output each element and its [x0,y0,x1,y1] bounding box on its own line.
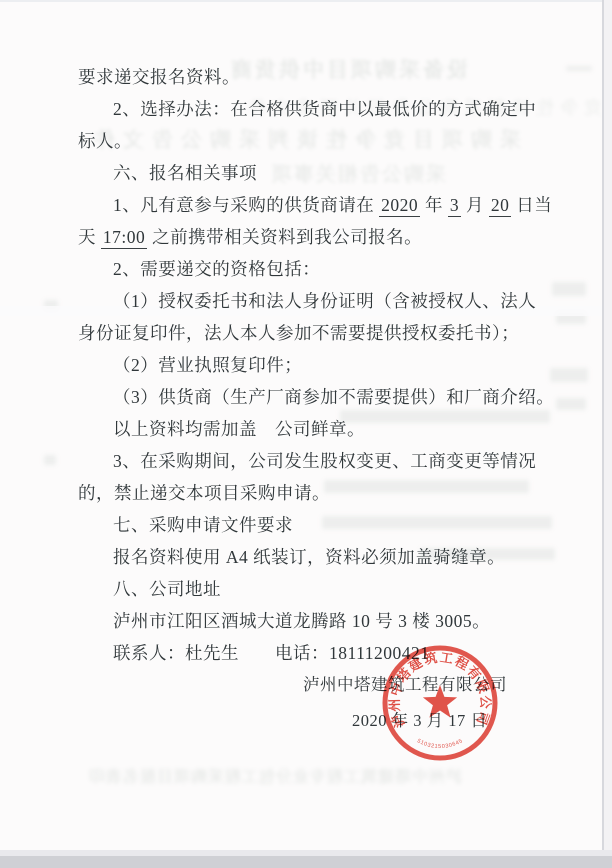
deadline-time: 17:00 [101,227,147,249]
doc-text: 要求递交报名资料。 [78,67,240,87]
bleedthrough-smudge [324,480,529,493]
doc-line: （3）供货商（生产厂商参加不需要提供）和厂商介绍。 [78,386,554,408]
bleedthrough-row: 采购项目竞争性谈判采购公告文件 [86,124,521,154]
doc-text: 天 [78,227,101,247]
doc-text: 3、在采购期间，公司发生股权变更、工商变更等情况 [113,451,536,471]
doc-line: 的，禁止递交本项目采购申请。 [78,482,330,504]
doc-text: （3）供货商（生产厂商参加不需要提供）和厂商介绍。 [113,387,554,407]
seal-serial-number: 5103215030645 [416,738,464,750]
doc-section-heading: 六、报名相关事项 [78,162,257,184]
doc-line-deadline: 1、凡有意参与采购的供货商请在 2020 年 3 月 20 日当 [78,194,552,216]
doc-text: 月 [461,195,489,215]
doc-line: 以上资料均需加盖 公司鲜章。 [78,418,365,440]
bleedthrough-text: 泸州中塔建筑工程专业分包工程采购项目报名表印 [88,769,462,786]
doc-line-address: 泸州市江阳区酒城大道龙腾路 10 号 3 楼 3005。 [78,610,490,632]
bleedthrough-smudge [556,398,586,410]
doc-line: 标人。 [78,130,132,152]
doc-text: 八、公司地址 [113,579,221,599]
doc-line: 报名资料使用 A4 纸装订，资料必须加盖骑缝章。 [78,546,505,568]
doc-text: 的，禁止递交本项目采购申请。 [78,483,330,503]
doc-text: 2、需要递交的资格包括： [113,259,320,279]
bleedthrough-text: 设备采购项目中供货商 [228,58,468,82]
page-edge-bottom [0,856,612,868]
doc-line-deadline-time: 天 17:00 之前携带相关资料到我公司报名。 [78,226,422,248]
page-edge-right-margin [604,0,612,856]
doc-text: （2）营业执照复印件； [113,355,302,375]
bleedthrough-smudge [552,282,586,296]
seal-star-icon [423,685,457,718]
company-address: 泸州市江阳区酒城大道龙腾路 10 号 3 楼 3005。 [113,611,490,631]
doc-line: 3、在采购期间，公司发生股权变更、工商变更等情况 [78,450,536,472]
scanned-document-page: 设备采购项目中供货商 竞争性谈判采购公告相关要求文件 采购项目竞争性谈判采购公告… [0,0,612,868]
doc-line: 2、选择办法：在合格供货商中以最低价的方式确定中 [78,98,536,120]
doc-line: （2）营业执照复印件； [78,354,302,376]
bleedthrough-smudge [44,455,56,465]
doc-text: 身份证复印件，法人本人参加不需要提供授权委托书）； [78,323,519,343]
doc-text: 2、选择办法：在合格供货商中以最低价的方式确定中 [113,99,536,119]
bleedthrough-row: 泸州中塔建筑工程专业分包工程采购项目报名表印 [88,764,462,787]
svg-text:5103215030645: 5103215030645 [416,738,464,750]
doc-text: 六、报名相关事项 [113,163,257,183]
doc-line: 身份证复印件，法人本人参加不需要提供授权委托书）； [78,322,519,344]
doc-text: 之前携带相关资料到我公司报名。 [147,227,422,247]
deadline-year: 2020 [379,195,420,217]
doc-text: 年 [420,195,448,215]
bleedthrough-text: 采购项目竞争性谈判采购公告文件 [86,128,521,152]
bleedthrough-smudge [322,516,552,529]
deadline-month: 3 [448,195,461,217]
doc-line: 2、需要递交的资格包括： [78,258,320,280]
bleedthrough-row: 采购公告相关事项 [270,158,446,187]
doc-text: 日当 [511,195,552,215]
doc-text: 七、采购申请文件要求 [113,515,293,535]
deadline-day: 20 [489,195,512,217]
company-seal: 泸州中塔建筑工程有限公司 5103215030645 [377,640,503,766]
doc-text: 标人。 [78,131,132,151]
bleedthrough-text: 采购公告相关事项 [270,164,446,186]
doc-text: 报名资料使用 A4 纸装订，资料必须加盖骑缝章。 [113,547,505,567]
doc-section-heading: 八、公司地址 [78,578,221,600]
bleedthrough-smudge [340,410,550,423]
doc-text: （1）授权委托书和法人身份证明（含被授权人、法人 [113,291,536,311]
page-edge-top [0,0,612,2]
doc-text: 以上资料均需加盖 公司鲜章。 [113,419,365,439]
doc-section-heading: 七、采购申请文件要求 [78,514,293,536]
bleedthrough-row: 设备采购项目中供货商 [228,54,468,84]
doc-line: 要求递交报名资料。 [78,66,240,88]
doc-line: （1）授权委托书和法人身份证明（含被授权人、法人 [78,290,536,312]
bleedthrough-smudge [550,368,588,382]
bleedthrough-smudge [566,66,592,71]
doc-text: 1、凡有意参与采购的供货商请在 [113,195,379,215]
